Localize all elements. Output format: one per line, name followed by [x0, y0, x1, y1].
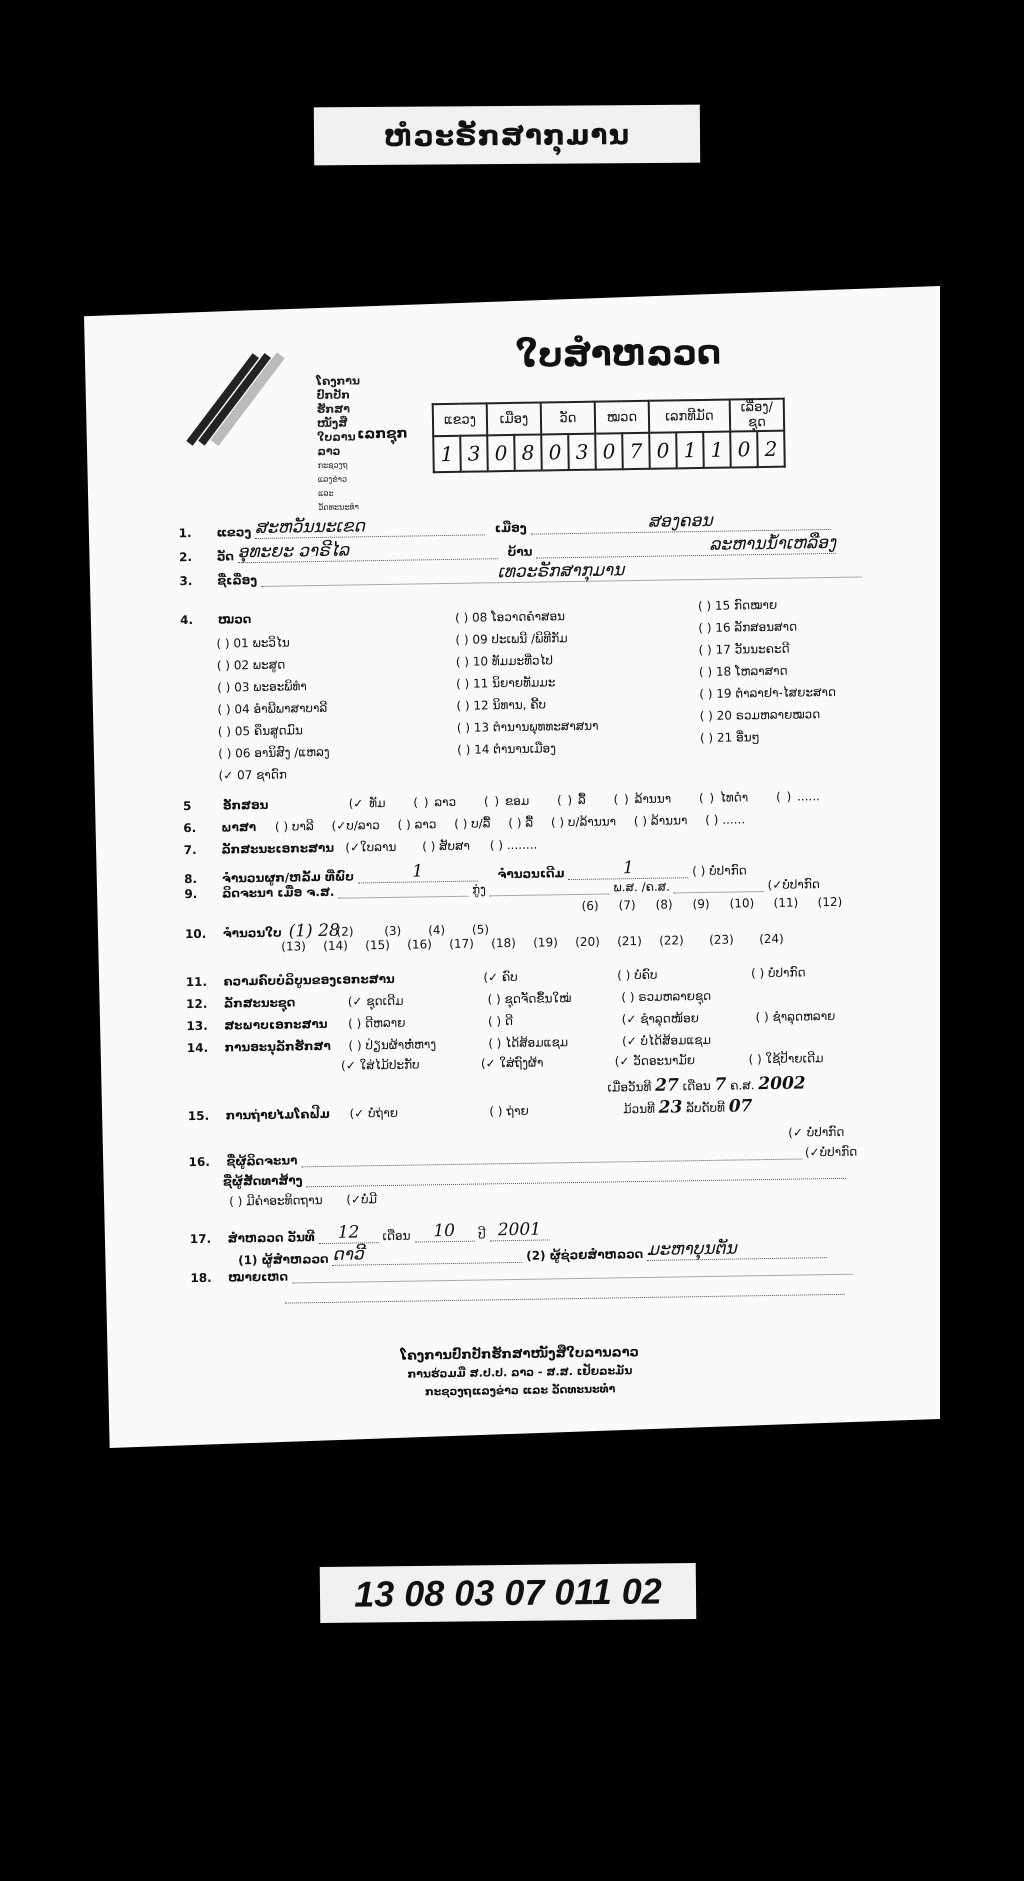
- category-option[interactable]: ( ) 21 ອື່ນໆ: [700, 725, 837, 749]
- category-option[interactable]: ( ) 11 ນິຍາຍທັມມະ: [456, 671, 598, 695]
- category-option[interactable]: ( ) 16 ລັກສອນສາດ: [698, 615, 835, 639]
- language-option[interactable]: ( ) ບ/ລ້ານນາ: [551, 814, 616, 829]
- conservation-option[interactable]: (✓ ບໍ່ໄດ້ສ້ອມແຊມ: [622, 1032, 752, 1048]
- language-option[interactable]: ( ) ລື້: [508, 816, 533, 830]
- script-option[interactable]: ( ) ລື້: [557, 793, 586, 807]
- survey-form-page: ໂຄງການ ປົກປັກຮັກສາ ໜັງສືໃບລານລາວ ກະຊວງຖແ…: [84, 286, 940, 1448]
- code-digit: 1: [433, 436, 461, 472]
- not-shown-option[interactable]: (✓ບໍ່ປາກົດ: [805, 1145, 858, 1160]
- category-option[interactable]: ( ) 06 ອານິສົງ /ແຫລງ: [218, 741, 330, 765]
- conservation-option[interactable]: (✓ ໃສ່ໄມ້ປະກັບ: [341, 1057, 477, 1073]
- district-value: ສອງຄອນ: [648, 511, 713, 532]
- code-digit: 3: [460, 435, 488, 471]
- language-option[interactable]: ( ) ລາວ: [397, 817, 436, 832]
- doc-type-option[interactable]: ( ) ........: [490, 838, 538, 853]
- script-option[interactable]: ( ) ຂອມ: [484, 794, 529, 809]
- category-label-row: 4. ໝວດ: [180, 612, 251, 627]
- completeness-row: 11. ຄວາມຄົບບໍລິບູນຂອງເອກະສານ (✓ ຄົບ ( ) …: [186, 965, 806, 989]
- survey-year: 2001: [498, 1220, 542, 1241]
- category-option[interactable]: ( ) 10 ທັມມະທີ່ວໄປ: [456, 649, 598, 673]
- not-shown-option[interactable]: (✓ ບໍ່ປາກົດ: [788, 1125, 844, 1140]
- surveyor-name: ດາວີ: [332, 1244, 364, 1264]
- microfilm-year: 2002: [758, 1073, 806, 1094]
- category-option[interactable]: ( ) 03 ພະອະພິທຳ: [217, 675, 329, 699]
- village-label: ບ້ານ: [507, 545, 532, 559]
- script-option[interactable]: ( ) ລາວ: [413, 795, 456, 810]
- category-col-3: ( ) 15 ກົດໝາຍ ( ) 16 ລັກສອນສາດ ( ) 17 ວັ…: [698, 593, 837, 749]
- assistant-surveyor-name: ມະຫາບຸນຕັນ: [647, 1239, 737, 1260]
- code-digit: 8: [514, 434, 542, 470]
- temple-value: ອຸທະຍະ ວາຣີໄລ: [238, 541, 350, 563]
- code-digit: 0: [541, 434, 569, 470]
- code-digit: 0: [730, 431, 758, 467]
- condition-option[interactable]: (✓ ຊຳລຸດໜ້ອຍ: [622, 1010, 752, 1026]
- code-label: ເລກຊຸກ: [357, 426, 408, 443]
- conservation-option[interactable]: (✓ ວັດອະນາມັຍ: [615, 1052, 745, 1068]
- microfilm-day: 27: [655, 1075, 679, 1095]
- category-option[interactable]: ( ) 20 ຣວມຫລາຍໝວດ: [699, 703, 836, 727]
- script-row: 5 ອັກສອນ (✓ ທັມ ( ) ລາວ ( ) ຂອມ ( ) ລື້ …: [183, 789, 820, 813]
- code-header: ແຂວງ: [433, 403, 487, 436]
- set-type-row: 12. ລັກສະນະຊຸດ (✓ ຊຸດເດີມ ( ) ຊຸດຈັດຂຶ້ນ…: [186, 989, 711, 1011]
- category-option[interactable]: ( ) 08 ໂອວາດຄຳສອນ: [455, 605, 597, 629]
- doc-type-option[interactable]: (✓ໃບລານ: [345, 840, 396, 855]
- story-title-value: ເທວະຣັກສາກຸມານ: [497, 560, 624, 582]
- scribe-not-shown-1: (✓ ບໍ່ປາກົດ: [788, 1125, 844, 1140]
- code-digit: 3: [568, 434, 596, 470]
- conservation-option[interactable]: ( ) ປ່ຽນຜ້າຫໍ່ຫາງ: [348, 1036, 484, 1052]
- district-label: ເມືອງ: [495, 521, 527, 535]
- category-col-2: ( ) 08 ໂອວາດຄຳສອນ ( ) 09 ປະເພນີ /ພິທີກັມ…: [455, 605, 599, 761]
- date-not-shown-option[interactable]: (✓ບໍ່ປາກົດ: [768, 877, 821, 892]
- village-value: ລະຫານນ້ຳເຫລືອງ: [709, 533, 836, 555]
- script-option[interactable]: (✓ ທັມ: [349, 796, 386, 811]
- doc-type-option[interactable]: ( ) ສັບສາ: [422, 839, 470, 854]
- leaves-row-1-numbers: (6)(7)(8)(9)(10)(11)(12): [582, 895, 843, 913]
- category-option[interactable]: ( ) 17 ວັນນະຄະດີ: [698, 637, 835, 661]
- condition-option[interactable]: ( ) ດີ: [488, 1012, 618, 1028]
- category-option[interactable]: ( ) 14 ຕຳນານເມືອງ: [457, 737, 599, 761]
- code-header: ເລື່ອງ/ຊຸດ: [730, 399, 784, 432]
- category-option[interactable]: ( ) 01 ພະວິໄນ: [216, 631, 328, 655]
- survey-day: 12: [338, 1222, 360, 1242]
- conservation-row: 14. ການອະນຸລັກຮັກສາ ( ) ປ່ຽນຜ້າຫໍ່ຫາງ ( …: [187, 1032, 752, 1055]
- language-row: 6. ພາສາ ( ) ບາລີ (✓ບ/ລາວ ( ) ລາວ ( ) ບ/ລ…: [183, 812, 745, 835]
- province-value: ສະຫວັນນະເຂດ: [255, 516, 365, 538]
- form-footer: ໂຄງການປົກປັກຮັກສາໜັງສືໃບລານລາວ ການຮ່ວມມື…: [92, 1339, 949, 1406]
- code-digit: 0: [649, 432, 677, 468]
- script-option[interactable]: ( ) ໄທດຳ: [699, 790, 748, 805]
- category-option[interactable]: (✓ 07 ຊາດົກ: [218, 763, 330, 787]
- temple-label: ວັດ: [217, 549, 234, 563]
- story-title-label: ຊື່ເລື່ອງ: [217, 573, 257, 588]
- not-shown-option[interactable]: ( ) ບໍ່ປາກົດ: [692, 863, 747, 878]
- microfilm-option[interactable]: (✓ ບໍ່ຖ່າຍ: [349, 1104, 485, 1120]
- logo-line: ໜັງສືໃບລານລາວ: [317, 416, 361, 459]
- code-header: ໝວດ: [595, 401, 649, 434]
- microfilm-month: 7: [714, 1075, 726, 1095]
- sponsor-row: ຊື່ຜູ້ສັດທາສ້າງ: [223, 1165, 847, 1189]
- microfilm-option[interactable]: ( ) ຖ່າຍ: [489, 1102, 619, 1118]
- language-option[interactable]: ( ) ......: [705, 812, 745, 827]
- bottom-code-label: 13 08 03 07 011 02: [320, 1563, 697, 1623]
- conservation-option[interactable]: ( ) ໃຊ້ປ້າຍເດີມ: [748, 1051, 823, 1066]
- bundle-count-original: 1: [623, 858, 634, 878]
- completeness-option[interactable]: ( ) ບໍ່ຄົບ: [617, 966, 747, 982]
- completeness-option[interactable]: ( ) ບໍ່ປາກົດ: [751, 965, 806, 980]
- code-digit: 1: [676, 432, 704, 468]
- category-option[interactable]: ( ) 19 ຕຳລາຢາ-ໄສຍະສາດ: [699, 681, 836, 705]
- code-header: ວັດ: [541, 402, 595, 435]
- completeness-option[interactable]: (✓ ຄົບ: [483, 968, 613, 984]
- category-option[interactable]: ( ) 04 ອຳພີພາສາບາລີ: [217, 697, 329, 721]
- script-option[interactable]: ( ) ......: [776, 789, 820, 804]
- top-title-label: ຫໍວະຣັກສາກຸມານ: [314, 105, 700, 166]
- language-option[interactable]: ( ) ບາລີ: [275, 819, 314, 834]
- microfilm-row: 15. ການຖ່າຍໄມໂຄຟີມ (✓ ບໍ່ຖ່າຍ ( ) ຖ່າຍ ມ…: [188, 1096, 753, 1125]
- condition-option[interactable]: ( ) ຊຳລຸດຫລາຍ: [755, 1009, 835, 1024]
- conservation-option[interactable]: (✓ ໃສ່ຖົງຜ້າ: [481, 1054, 611, 1070]
- project-logo: ໂຄງການ ປົກປັກຮັກສາ ໜັງສືໃບລານລາວ ກະຊວງຖແ…: [174, 348, 356, 451]
- logo-line: ໂຄງການ: [316, 374, 360, 389]
- bundle-count-found: 1: [412, 861, 423, 881]
- set-type-option[interactable]: ( ) ຊຸດຈັດຂຶ້ນໃໝ່: [487, 990, 617, 1006]
- category-option[interactable]: ( ) 09 ປະເພນີ /ພິທີກັມ: [455, 627, 597, 651]
- document-type-row: 7. ລັກສະນະເອກະສານ (✓ໃບລານ ( ) ສັບສາ ( ) …: [184, 838, 538, 858]
- code-header: ເມືອງ: [487, 402, 541, 435]
- prayer-option[interactable]: (✓ບໍ່ມີ: [346, 1192, 377, 1206]
- category-option[interactable]: ( ) 15 ກົດໝາຍ: [698, 593, 835, 617]
- logo-line: ກະຊວງຖແລງຂ່າວ ແລະ ວັດທະນະທຳ: [318, 458, 362, 515]
- set-type-option[interactable]: (✓ ຊຸດເດີມ: [348, 992, 484, 1008]
- code-digit: 1: [703, 432, 731, 468]
- logo-stripe-icon: [198, 353, 271, 446]
- prayer-option[interactable]: ( ) ມີຄຳອະທິດຖານ: [229, 1193, 323, 1208]
- condition-row: 13. ສະພາບເອກະສານ ( ) ດີຫລາຍ ( ) ດີ (✓ ຊຳ…: [186, 1009, 835, 1033]
- code-digit: 0: [487, 435, 515, 471]
- province-label: ແຂວງ: [216, 525, 251, 540]
- condition-option[interactable]: ( ) ດີຫລາຍ: [348, 1014, 484, 1030]
- language-option[interactable]: ( ) ບ/ລື້: [454, 816, 491, 831]
- set-type-option[interactable]: ( ) ຣວມຫລາຍຊຸດ: [621, 989, 711, 1004]
- script-option[interactable]: ( ) ລ້ານນາ: [614, 791, 672, 806]
- microfilm-reel: 23: [659, 1097, 683, 1117]
- category-option[interactable]: ( ) 05 ຄຶນສູດມົນ: [218, 719, 330, 743]
- language-option[interactable]: (✓ບ/ລາວ: [331, 818, 379, 833]
- code-table: ແຂວງ ເມືອງ ວັດ ໝວດ ເລກທີມັດ ເລື່ອງ/ຊຸດ 1…: [432, 398, 786, 474]
- code-digit: 0: [595, 433, 623, 469]
- form-title: ໃບສຳຫລວດ: [516, 333, 722, 376]
- category-col-1: ( ) 01 ພະວິໄນ ( ) 02 ພະສູດ ( ) 03 ພະອະພິ…: [216, 631, 330, 787]
- code-digit: 2: [757, 431, 785, 467]
- category-option[interactable]: ( ) 18 ໂຫລາສາດ: [699, 659, 836, 683]
- category-option[interactable]: ( ) 02 ພະສູດ: [217, 653, 329, 677]
- conservation-option[interactable]: ( ) ໄດ້ສ້ອມແຊມ: [488, 1034, 618, 1050]
- remarks-line-2: [285, 1281, 845, 1304]
- category-option[interactable]: ( ) 13 ຕຳນານພຸທທະສາສນາ: [457, 715, 599, 739]
- microfilm-sequence: 07: [729, 1096, 753, 1116]
- survey-month: 10: [433, 1221, 455, 1241]
- code-header: ເລກທີມັດ: [649, 400, 730, 433]
- prayer-row: ( ) ມີຄຳອະທິດຖານ (✓ບໍ່ມີ: [229, 1192, 377, 1208]
- category-option[interactable]: ( ) 12 ນິທານ, ຄີ້ບ: [456, 693, 598, 717]
- conservation-row-2: (✓ ໃສ່ໄມ້ປະກັບ (✓ ໃສ່ຖົງຜ້າ (✓ ວັດອະນາມັ…: [341, 1051, 824, 1073]
- microfilm-date-row: ເມື່ອວັນທີ 27 ເດືອນ 7 ຄ.ສ. 2002: [607, 1073, 806, 1096]
- code-digit: 7: [622, 433, 650, 469]
- language-option[interactable]: ( ) ລ້ານນາ: [634, 813, 688, 828]
- logo-line: ປົກປັກຮັກສາ: [316, 388, 360, 417]
